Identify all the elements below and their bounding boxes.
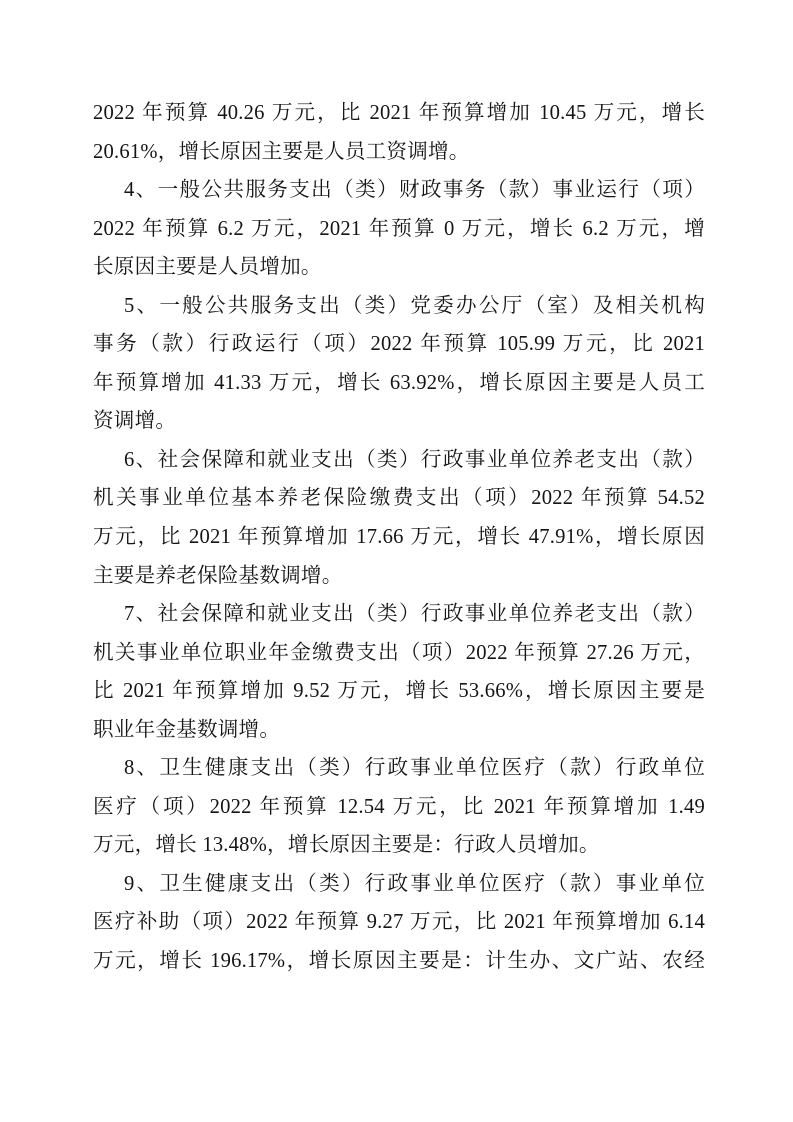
text-line: 7、社会保障和就业支出（类）行政事业单位养老支出（款） [93,595,705,634]
text-line: 比 2021 年预算增加 9.52 万元，增长 53.66%，增长原因主要是 [93,672,705,711]
text-line: 年预算增加 41.33 万元，增长 63.92%，增长原因主要是人员工 [93,364,705,403]
paragraph: 6、社会保障和就业支出（类）行政事业单位养老支出（款） 机关事业单位基本养老保险… [93,441,705,595]
text-line: 医疗（项）2022 年预算 12.54 万元，比 2021 年预算增加 1.49 [93,788,705,827]
text-line: 5、一般公共服务支出（类）党委办公厅（室）及相关机构 [93,287,705,326]
paragraph: 2022 年预算 40.26 万元，比 2021 年预算增加 10.45 万元，… [93,94,705,171]
text-line: 机关事业单位基本养老保险缴费支出（项）2022 年预算 54.52 [93,479,705,518]
paragraph: 7、社会保障和就业支出（类）行政事业单位养老支出（款） 机关事业单位职业年金缴费… [93,595,705,749]
text-line: 2022 年预算 40.26 万元，比 2021 年预算增加 10.45 万元，… [93,94,705,133]
text-line: 20.61%，增长原因主要是人员工资调增。 [93,133,705,172]
text-line: 事务（款）行政运行（项）2022 年预算 105.99 万元，比 2021 [93,325,705,364]
paragraph: 5、一般公共服务支出（类）党委办公厅（室）及相关机构 事务（款）行政运行（项）2… [93,287,705,441]
text-line: 资调增。 [93,402,705,441]
document-page: 2022 年预算 40.26 万元，比 2021 年预算增加 10.45 万元，… [0,0,793,1122]
text-line: 机关事业单位职业年金缴费支出（项）2022 年预算 27.26 万元， [93,634,705,673]
paragraph: 9、卫生健康支出（类）行政事业单位医疗（款）事业单位 医疗补助（项）2022 年… [93,865,705,981]
text-line: 4、一般公共服务支出（类）财政事务（款）事业运行（项） [93,171,705,210]
text-line: 医疗补助（项）2022 年预算 9.27 万元，比 2021 年预算增加 6.1… [93,903,705,942]
text-line: 职业年金基数调增。 [93,711,705,750]
paragraph: 8、卫生健康支出（类）行政事业单位医疗（款）行政单位 医疗（项）2022 年预算… [93,749,705,865]
text-line: 6、社会保障和就业支出（类）行政事业单位养老支出（款） [93,441,705,480]
paragraph: 4、一般公共服务支出（类）财政事务（款）事业运行（项） 2022 年预算 6.2… [93,171,705,287]
text-line: 8、卫生健康支出（类）行政事业单位医疗（款）行政单位 [93,749,705,788]
text-line: 9、卫生健康支出（类）行政事业单位医疗（款）事业单位 [93,865,705,904]
text-line: 万元，增长 13.48%，增长原因主要是：行政人员增加。 [93,826,705,865]
document-text-block: 2022 年预算 40.26 万元，比 2021 年预算增加 10.45 万元，… [93,94,705,981]
text-line: 2022 年预算 6.2 万元，2021 年预算 0 万元，增长 6.2 万元，… [93,210,705,249]
text-line: 长原因主要是人员增加。 [93,248,705,287]
text-line: 万元，比 2021 年预算增加 17.66 万元，增长 47.91%，增长原因 [93,518,705,557]
text-line: 主要是养老保险基数调增。 [93,557,705,596]
text-line: 万元，增长 196.17%，增长原因主要是：计生办、文广站、农经 [93,942,705,981]
